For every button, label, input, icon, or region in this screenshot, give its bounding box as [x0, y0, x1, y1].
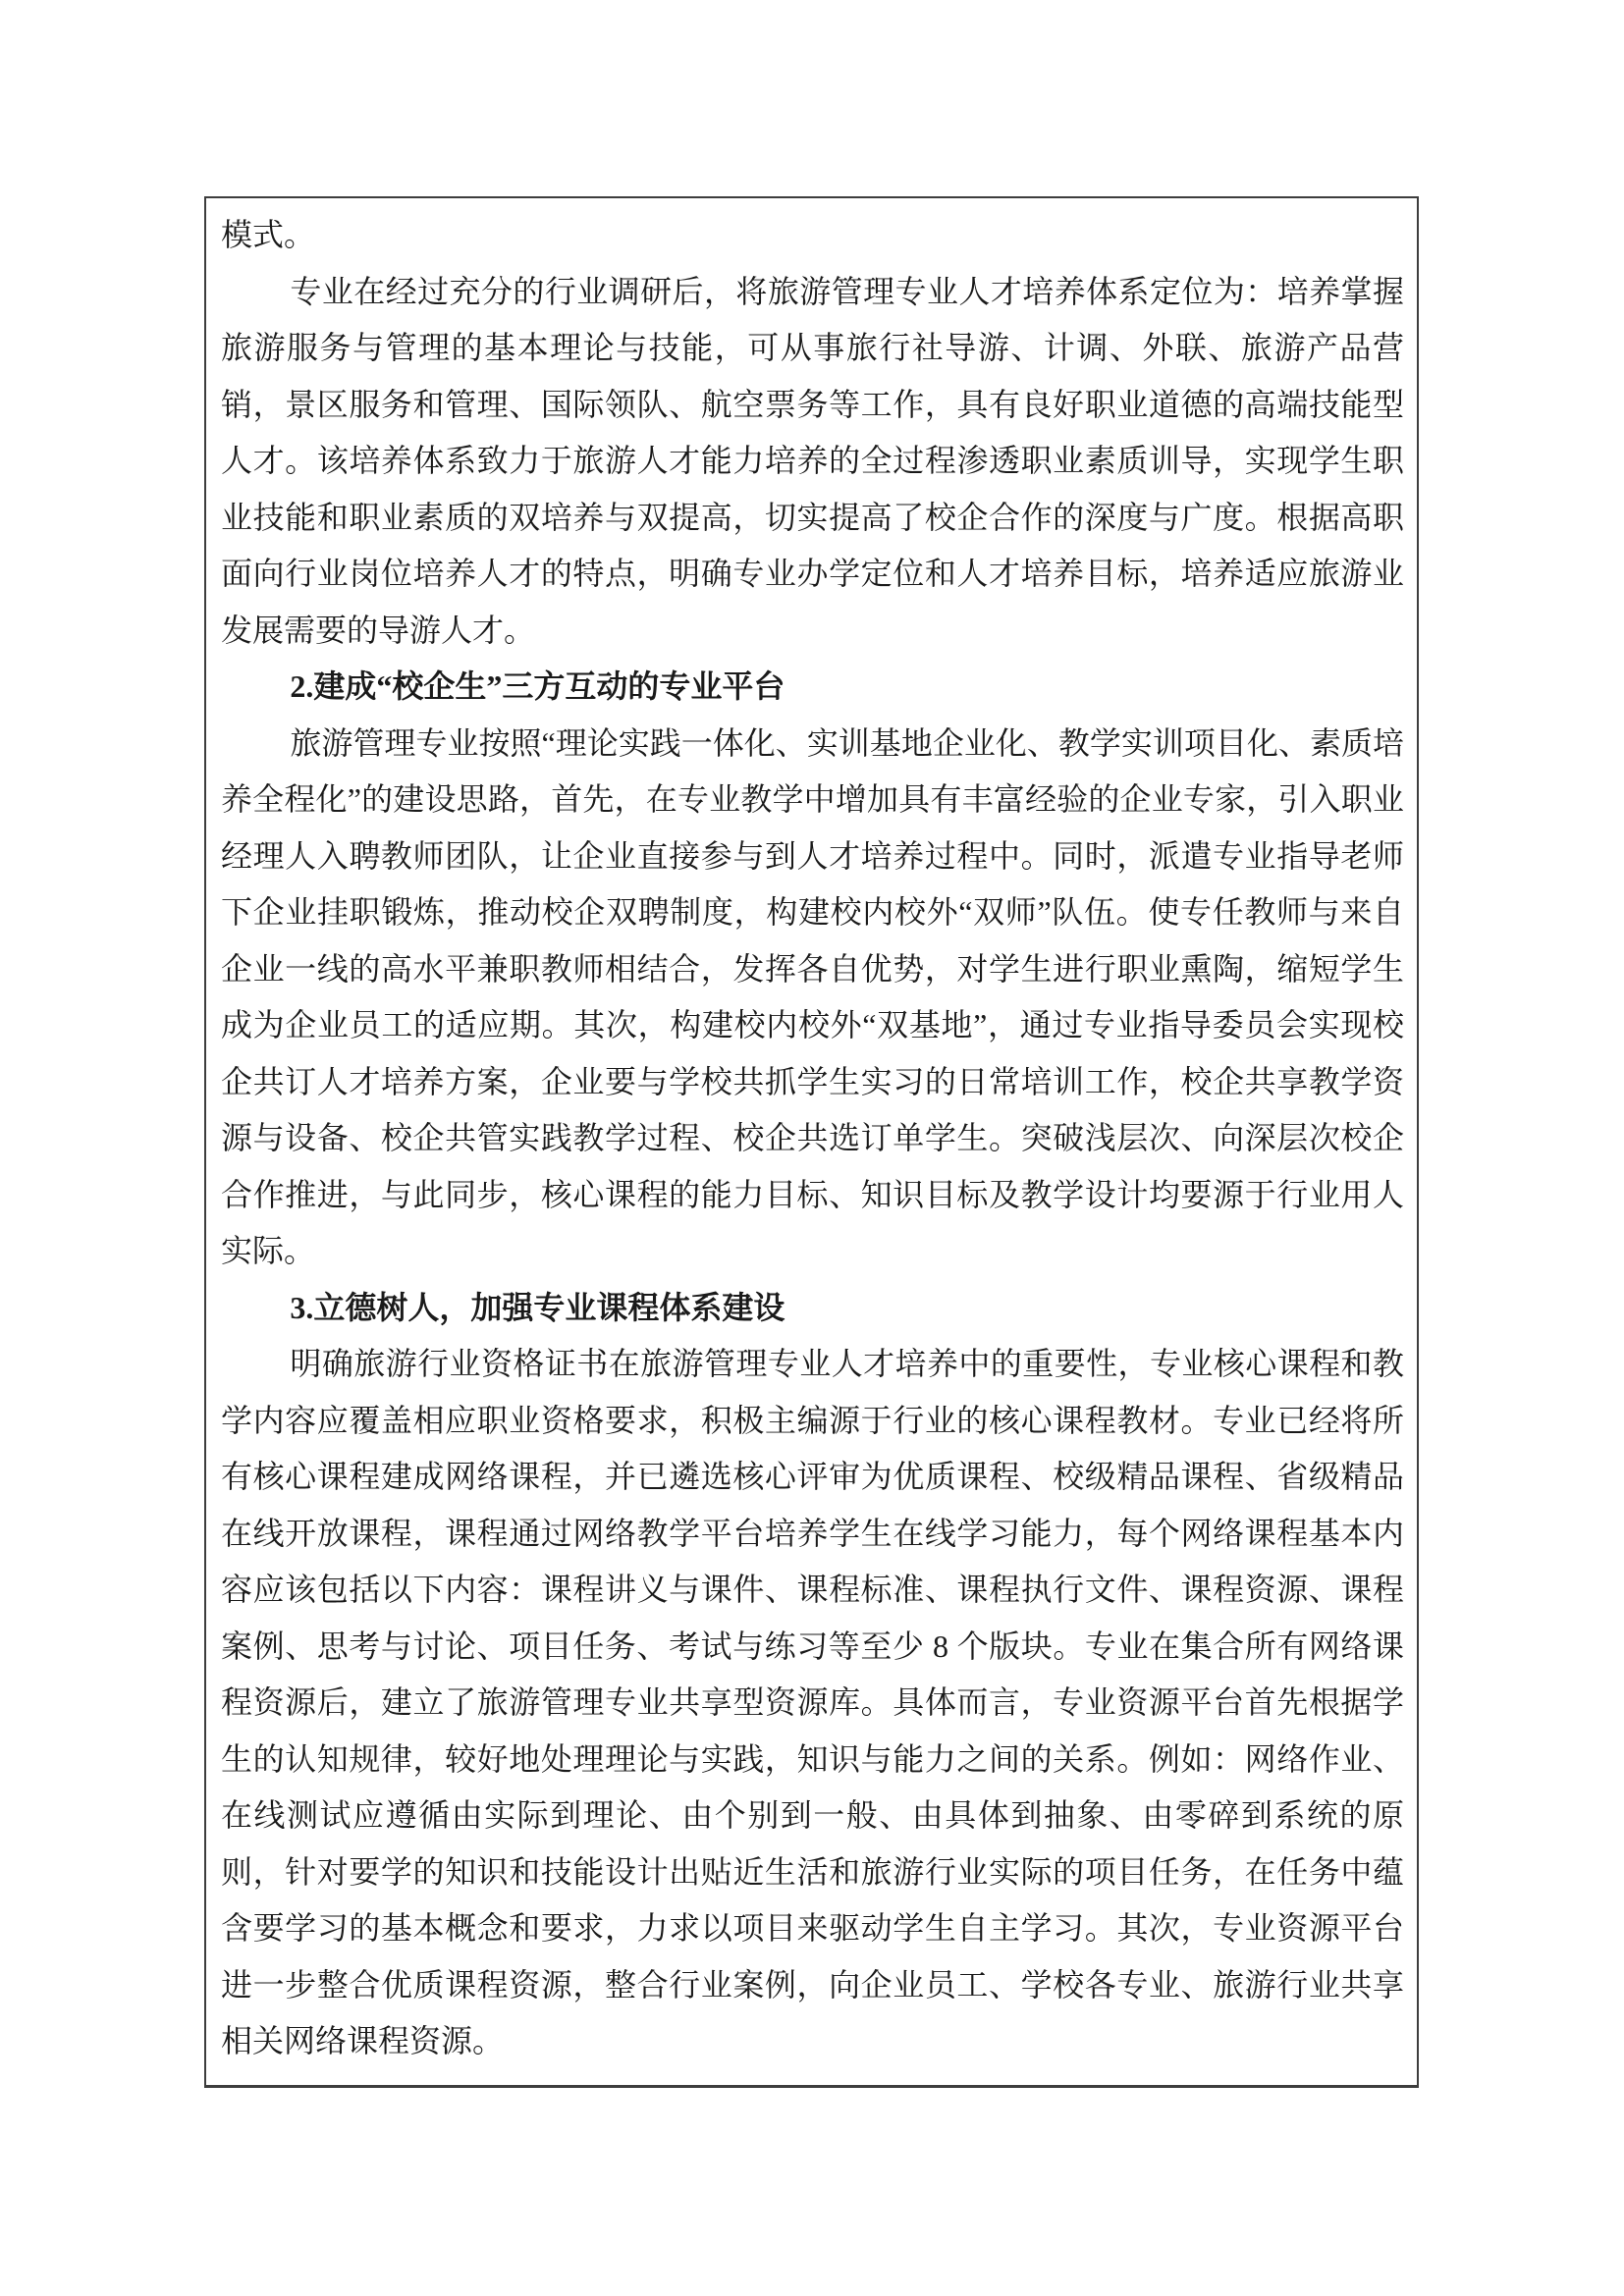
section-heading-curriculum-system: 3.立德树人，加强专业课程体系建设	[221, 1280, 1404, 1337]
paragraph-curriculum-system: 明确旅游行业资格证书在旅游管理专业人才培养中的重要性，专业核心课程和教学内容应覆…	[221, 1336, 1404, 2070]
section-heading-school-enterprise-platform: 2.建成“校企生”三方互动的专业平台	[221, 659, 1404, 716]
document-table-cell: 模式。 专业在经过充分的行业调研后，将旅游管理专业人才培养体系定位为：培养掌握旅…	[204, 196, 1419, 2088]
paragraph-continuation: 模式。	[221, 207, 1404, 264]
document-page: 模式。 专业在经过充分的行业调研后，将旅游管理专业人才培养体系定位为：培养掌握旅…	[0, 0, 1624, 2296]
paragraph-talent-training-system: 专业在经过充分的行业调研后，将旅游管理专业人才培养体系定位为：培养掌握旅游服务与…	[221, 264, 1404, 660]
paragraph-school-enterprise-platform: 旅游管理专业按照“理论实践一体化、实训基地企业化、教学实训项目化、素质培养全程化…	[221, 716, 1404, 1280]
